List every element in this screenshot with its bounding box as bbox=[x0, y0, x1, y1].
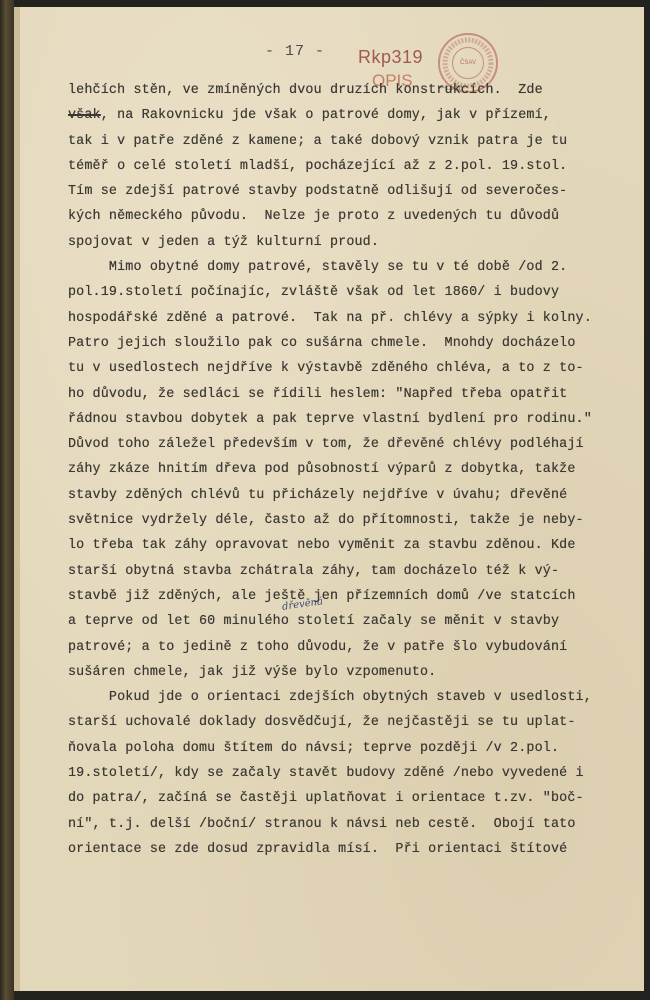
text-line: Důvod toho záležel především v tom, že d… bbox=[68, 432, 650, 457]
text-line: sušáren chmele, jak již výše bylo vzpome… bbox=[68, 660, 650, 685]
archive-signature: Rkp319 bbox=[358, 47, 423, 68]
document-page: - 17 - Rkp319 OPIS ČSAV —ción lehčích st… bbox=[14, 7, 644, 991]
text-line: kých německého původu. Nelze je proto z … bbox=[68, 204, 650, 229]
text-line: však, na Rakovnicku jde však o patrové d… bbox=[68, 103, 650, 128]
text-line: spojovat v jeden a týž kulturní proud. bbox=[68, 230, 650, 255]
text-line: Pokud jde o orientaci zdejších obytných … bbox=[68, 685, 650, 710]
text-line: a teprve od let 60 minulého století zača… bbox=[68, 609, 650, 634]
text-line: hospodářské zděné a patrové. Tak na př. … bbox=[68, 306, 650, 331]
text-line: záhy zkáze hnitím dřeva pod působností v… bbox=[68, 457, 650, 482]
text-line: patrové; a to jedině z toho důvodu, že v… bbox=[68, 635, 650, 660]
text-line: pol.19.století počínajíc, zvláště však o… bbox=[68, 280, 650, 305]
text-line: Patro jejich sloužilo pak co sušárna chm… bbox=[68, 331, 650, 356]
struck-word: však bbox=[68, 108, 101, 123]
stamp-text: ČSAV bbox=[460, 60, 476, 66]
text-line: orientace se zde dosud zpravidla mísí. P… bbox=[68, 837, 650, 862]
book-spine-edge bbox=[0, 0, 14, 1000]
text-line: Mimo obytné domy patrové, stavěly se tu … bbox=[68, 255, 650, 280]
text-line: ní", t.j. delší /boční/ stranou k návsi … bbox=[68, 812, 650, 837]
text-line: tak i v patře zděné z kamene; a také dob… bbox=[68, 129, 650, 154]
text-line: lo třeba tak záhy opravovat nebo vyměnit… bbox=[68, 533, 650, 558]
text-line: téměř o celé století mladší, pocházející… bbox=[68, 154, 650, 179]
text-line: stavbě již zděných, ale ještě jen přízem… bbox=[68, 584, 650, 609]
page-number: - 17 - bbox=[265, 43, 325, 60]
text-line: Tím se zdejší patrové stavby podstatně o… bbox=[68, 179, 650, 204]
text-line: starší obytná stavba zchátrala záhy, tam… bbox=[68, 559, 650, 584]
text-line: řádnou stavbou dobytek a pak teprve vlas… bbox=[68, 407, 650, 432]
typewritten-body: lehčích stěn, ve zmíněných dvou druzích … bbox=[68, 78, 650, 862]
text-line: 19.století/, kdy se začaly stavět budovy… bbox=[68, 761, 650, 786]
stamp-center: ČSAV bbox=[452, 47, 484, 79]
text-line: starší uchovalé doklady dosvědčují, že n… bbox=[68, 710, 650, 735]
text-line: do patra/, začíná se častěji uplatňovat … bbox=[68, 786, 650, 811]
text-line: lehčích stěn, ve zmíněných dvou druzích … bbox=[68, 78, 650, 103]
text-line: ho důvodu, že sedláci se řídili heslem: … bbox=[68, 382, 650, 407]
text-line: ňovala poloha domu štítem do návsi; tepr… bbox=[68, 736, 650, 761]
text-line: tu v usedlostech nejdříve k výstavbě zdě… bbox=[68, 356, 650, 381]
text-line: stavby zděných chlévů tu přicházely nejd… bbox=[68, 483, 650, 508]
text-line: světnice vydržely déle, často až do přít… bbox=[68, 508, 650, 533]
